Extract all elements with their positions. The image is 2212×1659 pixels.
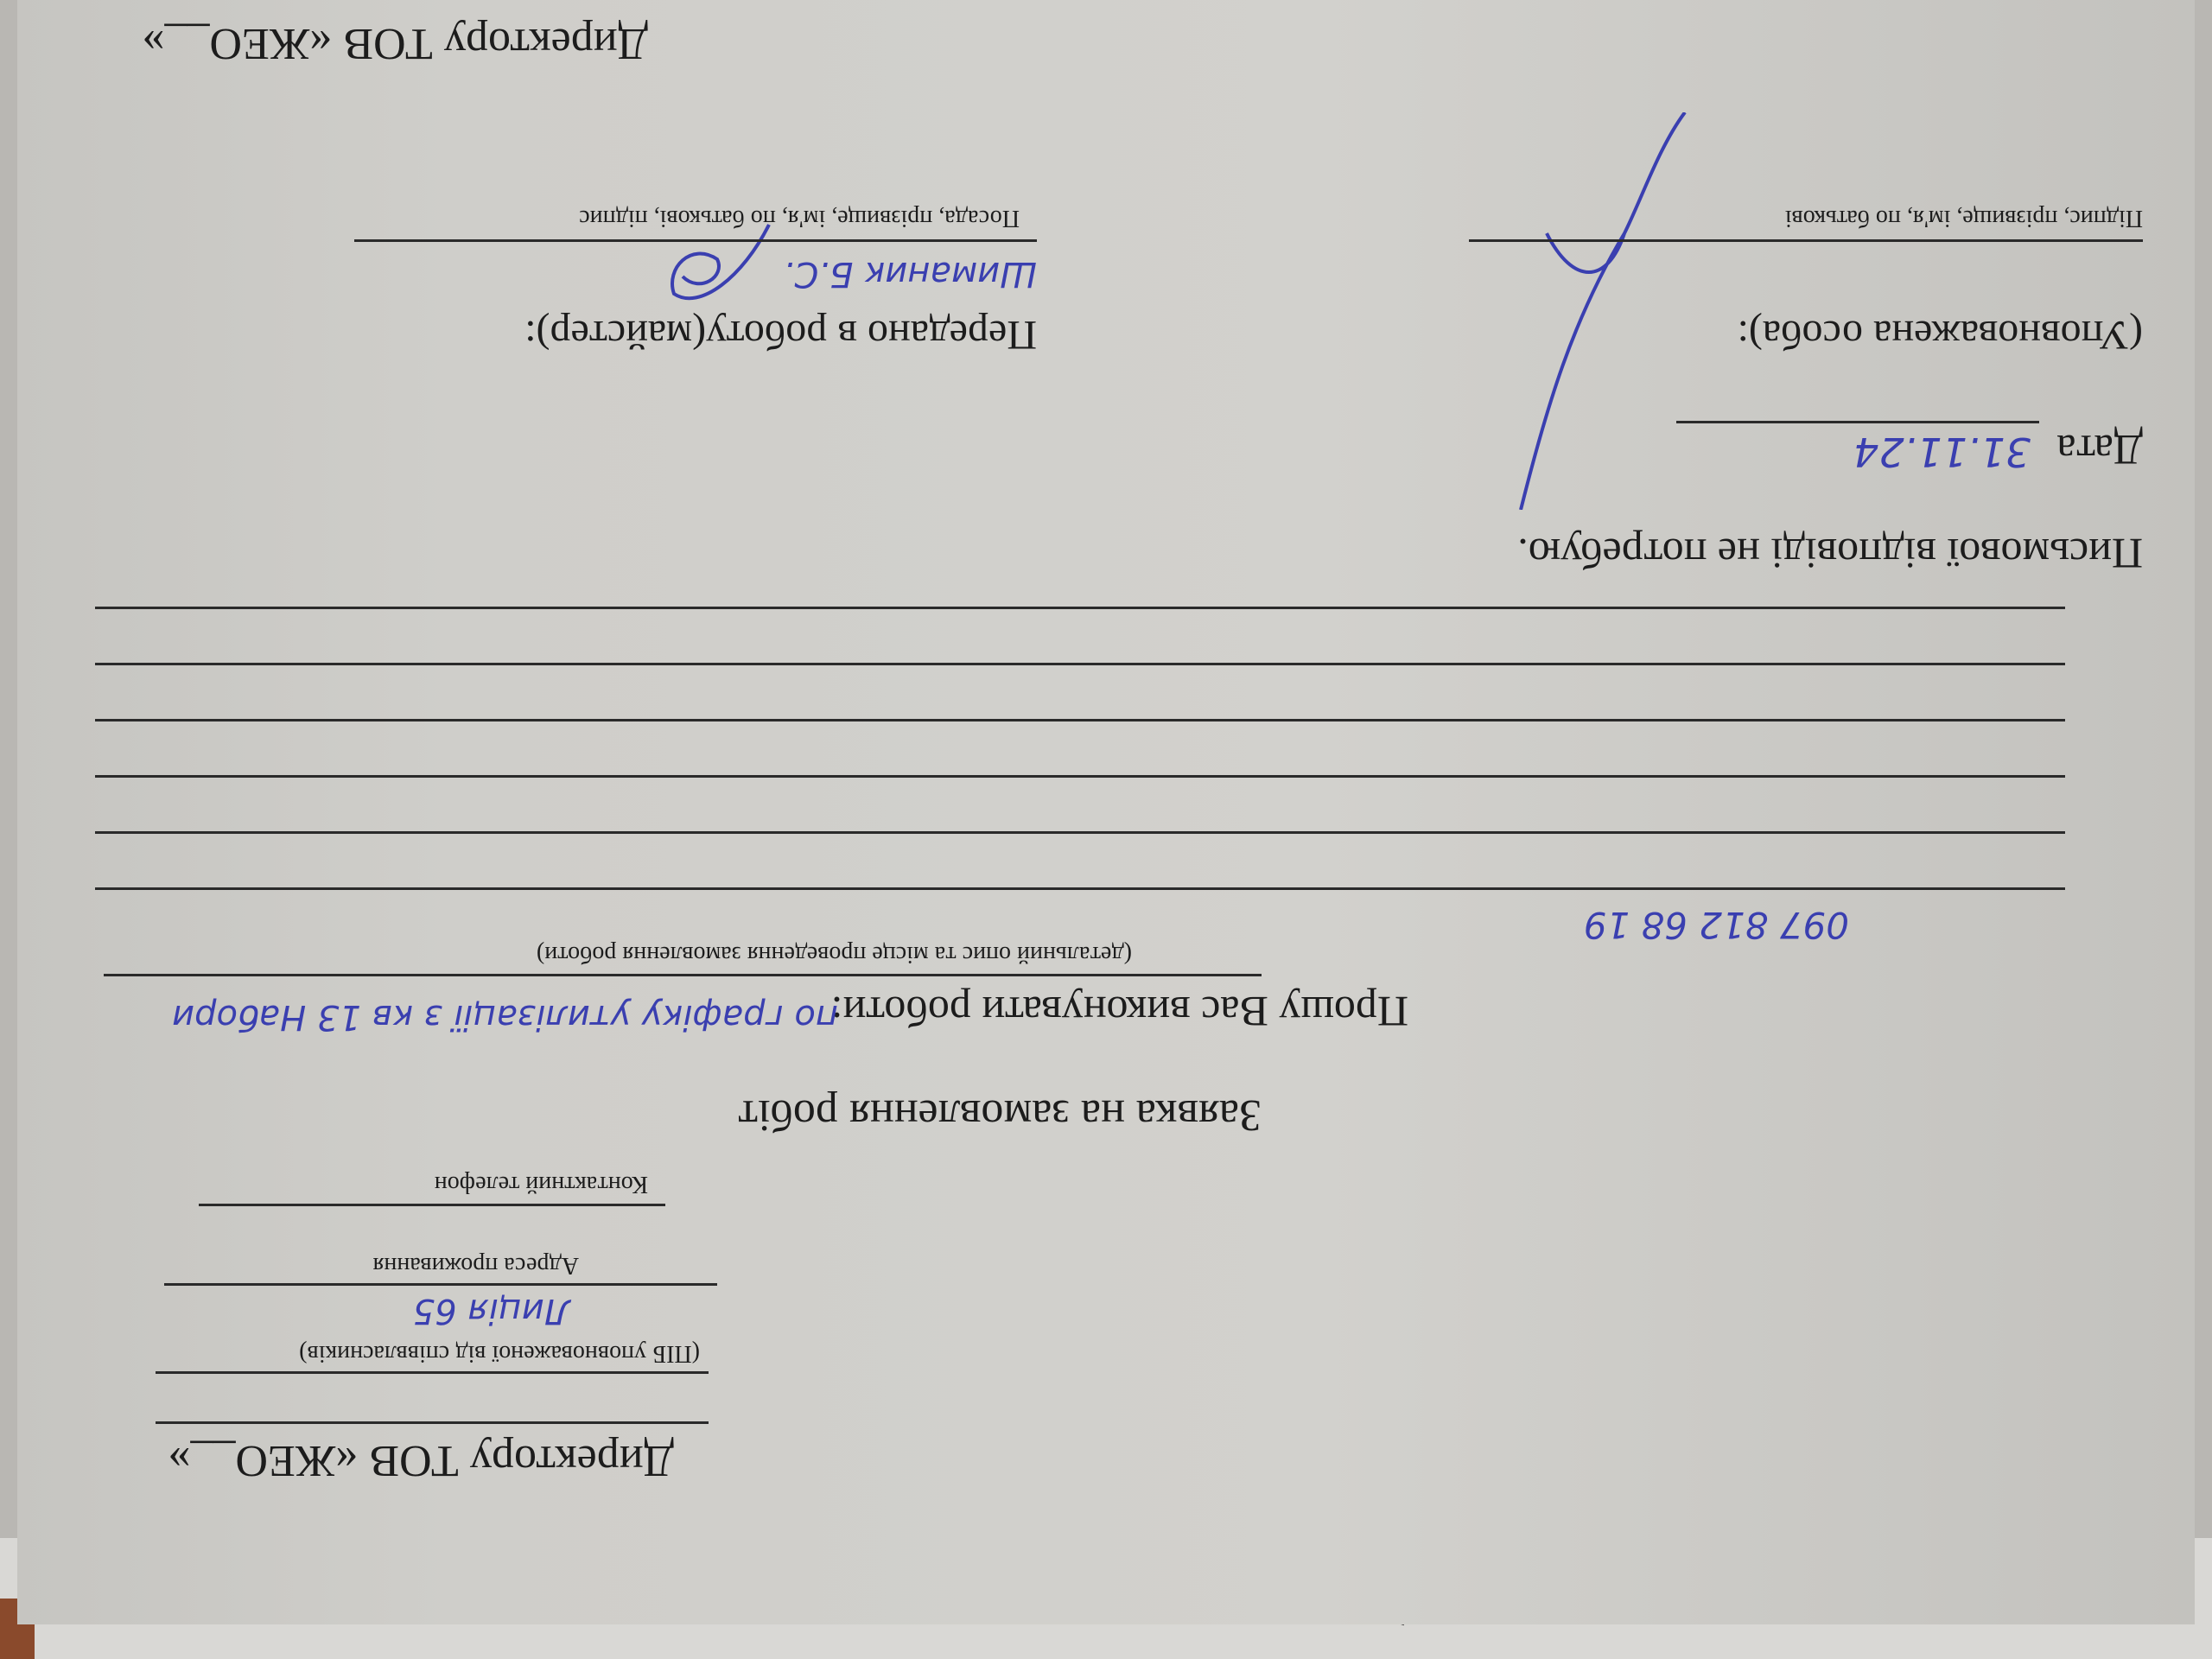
field-caption-phone: Контактний телефон [435, 1170, 648, 1198]
address-value[interactable]: Лиція 65 [413, 1291, 570, 1331]
next-addressee: Директору ТОВ «ЖЕО__» [142, 18, 648, 69]
phone-value[interactable]: 097 812 68 19 [1584, 904, 1849, 946]
authorized-line [1469, 239, 2143, 242]
authorized-signature [1469, 112, 1832, 510]
blank-line [95, 887, 2065, 890]
master-label: Передано в роботу(майстер): [524, 311, 1037, 359]
blank-line [95, 607, 2065, 609]
field-caption-name: (ПІБ уповноваженої від співвласників) [299, 1339, 700, 1367]
blank-line [95, 663, 2065, 665]
blank-line [95, 719, 2065, 721]
date-value[interactable]: 31.11.24 [1853, 429, 2031, 475]
addressee: Директору ТОВ «ЖЕО__» [168, 1435, 674, 1486]
master-value[interactable]: Шиманик Б.С. [784, 254, 1037, 294]
form-page: Директору ТОВ «ЖЕО__» (ПІБ уповноваженої… [17, 0, 2195, 1624]
request-caption: (детальний опис та місце проведення замо… [537, 940, 1132, 968]
blank-line [95, 831, 2065, 834]
field-line [164, 1283, 717, 1286]
field-line [156, 1371, 709, 1374]
blank-line [95, 775, 2065, 778]
field-caption-address: Адреса проживання [372, 1251, 579, 1279]
field-line [199, 1204, 665, 1206]
request-label: Прошу Вас виконувати роботи: [831, 987, 1408, 1037]
request-value[interactable]: по графіку утилізації з кв 13 Набори [172, 997, 838, 1037]
date-label: Дата [2056, 425, 2143, 475]
master-caption: Посада, прізвище, ім'я, по батькові, під… [579, 204, 1020, 232]
master-line [354, 239, 1037, 242]
master-signature [657, 216, 778, 328]
field-line [156, 1421, 709, 1424]
authorized-caption: Підпис, прізвище, ім'я, по батькові [1785, 204, 2143, 232]
no-reply-note: Письмової відповіді не потребую. [1517, 529, 2143, 579]
request-line [104, 974, 1262, 976]
form-title: Заявка на замовлення робіт [738, 1090, 1262, 1141]
